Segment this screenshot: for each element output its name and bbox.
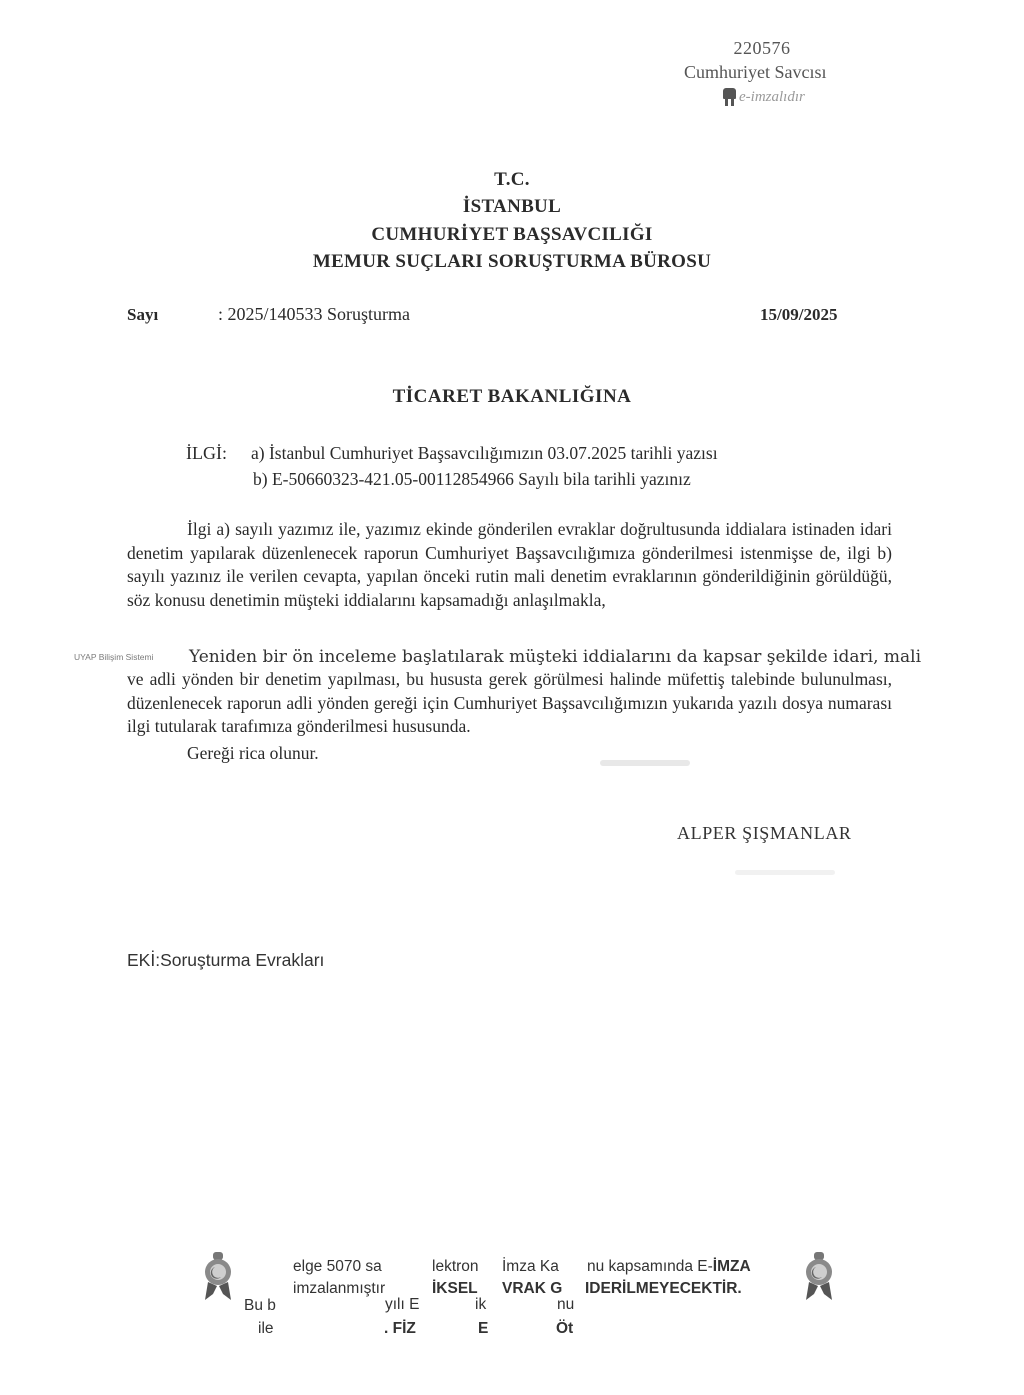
footer-fragment: İKSEL bbox=[432, 1280, 478, 1298]
footer-fragment: IDERİLMEYECEKTİR. bbox=[585, 1280, 742, 1298]
e-signature-seal-icon bbox=[804, 1252, 834, 1302]
header-line-office: CUMHURİYET BAŞSAVCILIĞI bbox=[0, 224, 1024, 246]
esign-label: e-imzalıdır bbox=[739, 89, 805, 106]
footer-fragment-text: nu kapsamında E- bbox=[587, 1258, 713, 1275]
body-paragraph-2-first-line: Yeniden bir ön inceleme başlatılarak müş… bbox=[189, 647, 921, 667]
ilgi-item-a: a) İstanbul Cumhuriyet Başsavcılığımızın… bbox=[251, 443, 718, 464]
header-line-city: İSTANBUL bbox=[0, 196, 1024, 218]
body-paragraph-2: ve adli yönden bir denetim yapılması, bu… bbox=[127, 668, 892, 739]
footer-fragment: İmza Ka bbox=[502, 1258, 559, 1276]
uyap-watermark-note: UYAP Bilişim Sistemi bbox=[74, 652, 154, 662]
scan-artifact bbox=[600, 760, 690, 766]
certificate-icon bbox=[723, 88, 736, 106]
closing-line: Gereği rica olunur. bbox=[187, 743, 319, 764]
reference-number: : 2025/140533 Soruşturma bbox=[218, 304, 410, 325]
attachment-line: EKİ:Soruşturma Evrakları bbox=[127, 950, 324, 971]
document-date: 15/09/2025 bbox=[760, 305, 837, 325]
scan-artifact bbox=[735, 870, 835, 875]
reference-label: Sayı bbox=[127, 305, 158, 325]
stamp-role: Cumhuriyet Savcısı bbox=[684, 62, 827, 83]
ilgi-item-b: b) E-50660323-421.05-00112854966 Sayılı … bbox=[253, 469, 691, 490]
e-signature-seal-icon bbox=[203, 1252, 233, 1302]
footer-fragment-bold: İMZA bbox=[713, 1258, 751, 1275]
header-line-bureau: MEMUR SUÇLARI SORUŞTURMA BÜROSU bbox=[0, 251, 1024, 273]
footer-fragment: lektron bbox=[432, 1258, 479, 1276]
footer-fragment: elge 5070 sa bbox=[293, 1258, 382, 1276]
footer-fragment: Öt bbox=[556, 1320, 573, 1338]
signer-name: ALPER ŞIŞMANLAR bbox=[677, 823, 852, 844]
document-number: 220576 bbox=[0, 38, 1024, 59]
footer-fragment: VRAK G bbox=[502, 1280, 562, 1298]
footer-fragment: ile bbox=[258, 1320, 274, 1338]
footer-fragment: nu kapsamında E-İMZA bbox=[587, 1258, 751, 1276]
footer-fragment: yılı E bbox=[385, 1296, 419, 1314]
footer-fragment: E bbox=[478, 1320, 488, 1338]
footer-fragment: ik bbox=[475, 1296, 486, 1314]
ilgi-label: İLGİ: bbox=[186, 443, 227, 464]
footer-fragment: Bu b bbox=[244, 1297, 276, 1315]
footer-fragment: . FİZ bbox=[384, 1320, 416, 1338]
header-line-tc: T.C. bbox=[0, 169, 1024, 191]
body-paragraph-1: İlgi a) sayılı yazımız ile, yazımız ekin… bbox=[127, 518, 892, 612]
footer-fragment: nu bbox=[557, 1296, 574, 1314]
e-signature-stamp: e-imzalıdır bbox=[723, 88, 805, 106]
footer-fragment: imzalanmıştır bbox=[293, 1280, 385, 1298]
recipient: TİCARET BAKANLIĞINA bbox=[0, 386, 1024, 408]
